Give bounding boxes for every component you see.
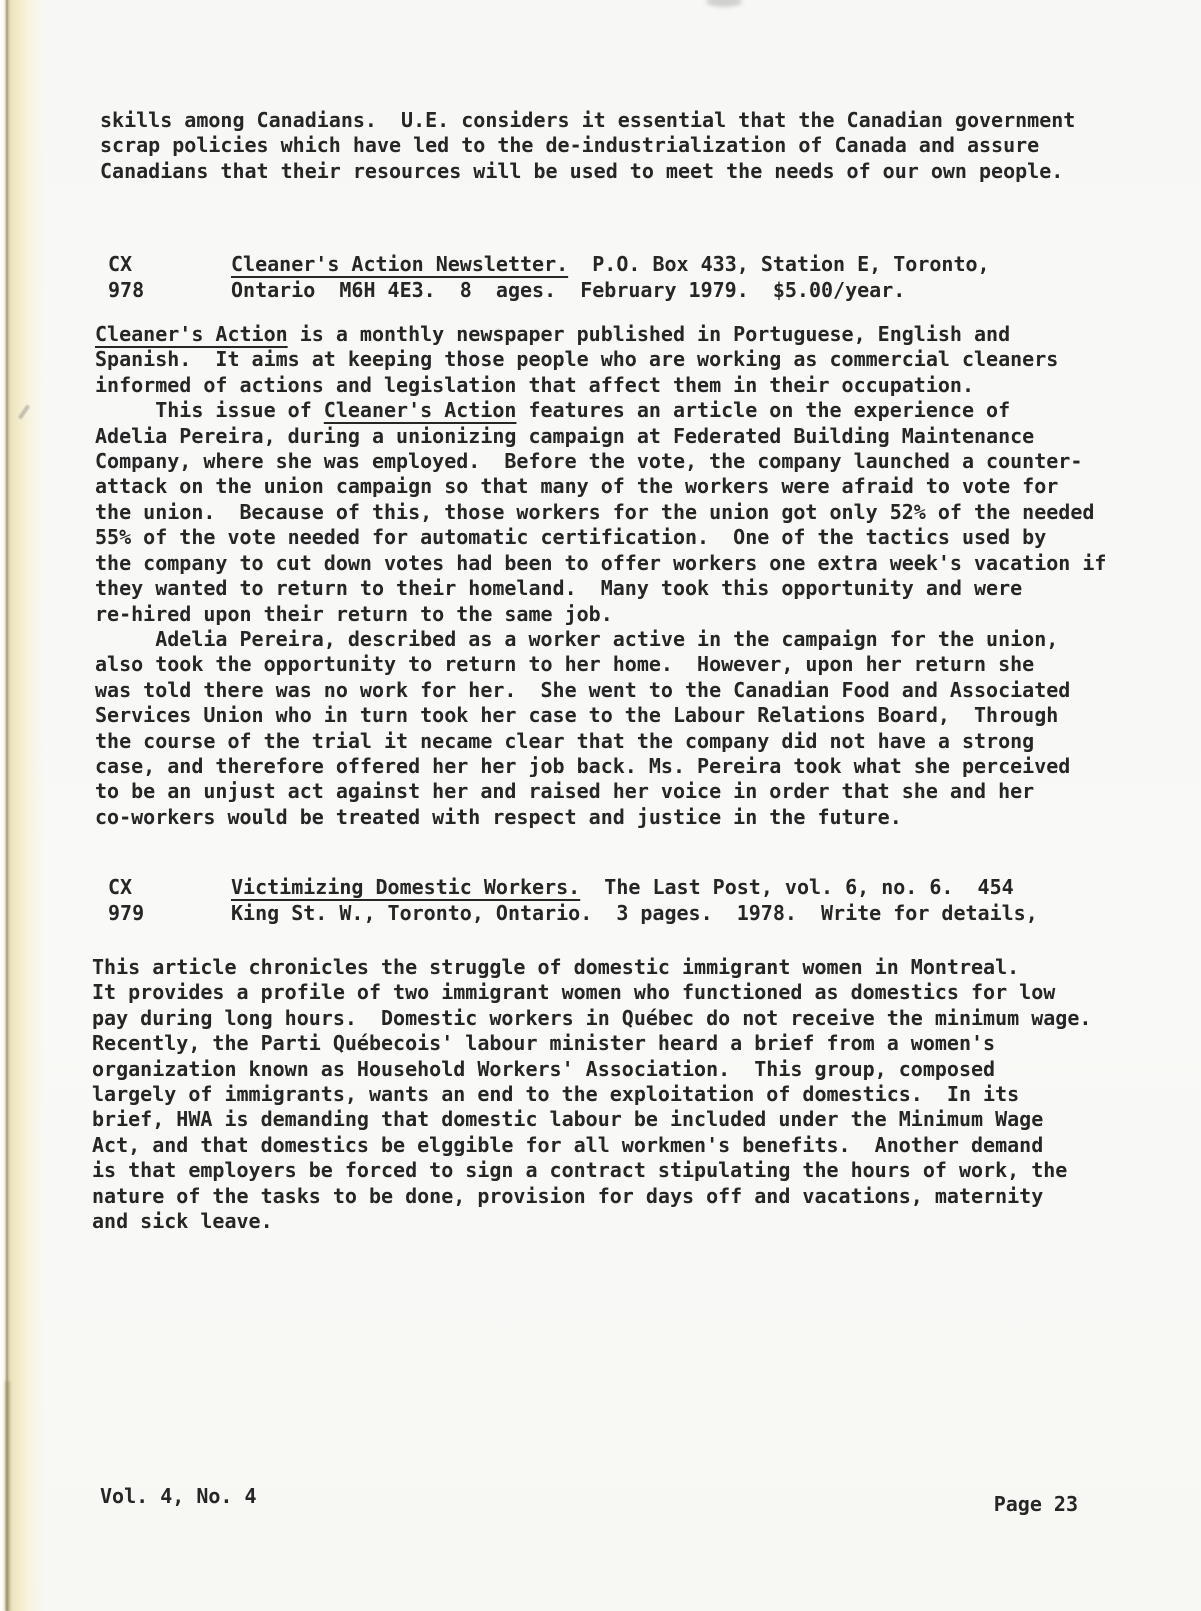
intro-paragraph: skills among Canadians. U.E. considers i… (100, 108, 1140, 184)
text-line: This article chronicles the struggle of … (92, 955, 1140, 980)
text-segment: brief, HWA is demanding that domestic la… (92, 1107, 1043, 1131)
text-line: co-workers would be treated with respect… (95, 805, 1140, 830)
catalog-entry-cx-978: CX978 Cleaner's Action Newsletter. P.O. … (100, 252, 1140, 303)
text-segment: 978 (108, 278, 144, 302)
entry-code-979: CX979 (100, 875, 231, 926)
text-line: Spanish. It aims at keeping those people… (95, 347, 1140, 372)
page-footer: Vol. 4, No. 4 Page 23 (100, 1484, 1078, 1509)
text-segment: pay during long hours. Domestic workers … (92, 1006, 1091, 1030)
text-segment: Recently, the Parti Québecois' labour mi… (92, 1031, 995, 1055)
text-line: Adelia Pereira, during a unionizing camp… (95, 424, 1140, 449)
text-line: This issue of Cleaner's Action features … (95, 398, 1140, 423)
text-line: It provides a profile of two immigrant w… (92, 980, 1140, 1005)
page-content: skills among Canadians. U.E. considers i… (100, 108, 1140, 1510)
entry-heading-978: Cleaner's Action Newsletter. P.O. Box 43… (231, 252, 1140, 303)
text-line: Adelia Pereira, described as a worker ac… (95, 627, 1140, 652)
text-line: CX (108, 252, 231, 277)
text-segment: Act, and that domestics be elggible for … (92, 1133, 1043, 1157)
text-line: to be an unjust act against her and rais… (95, 779, 1140, 804)
text-segment: informed of actions and legislation that… (95, 373, 974, 397)
text-line: brief, HWA is demanding that domestic la… (92, 1107, 1140, 1132)
text-segment: This issue of (95, 398, 324, 422)
text-segment: Adelia Pereira, during a unionizing camp… (95, 424, 1034, 448)
underlined-text: Cleaner's Action Newsletter. (231, 252, 568, 276)
page-number: Page 23 (994, 1492, 1078, 1517)
text-segment: they wanted to return to their homeland.… (95, 576, 1022, 600)
text-segment: Services Union who in turn took her case… (95, 703, 1058, 727)
underlined-text: Cleaner's Action (324, 398, 517, 422)
text-line: the course of the trial it necame clear … (95, 729, 1140, 754)
text-line: 978 (108, 278, 231, 303)
text-line: 979 (108, 901, 231, 926)
text-segment: scrap policies which have led to the de-… (100, 133, 1039, 157)
text-line: Cleaner's Action Newsletter. P.O. Box 43… (231, 252, 1140, 277)
text-line: the union. Because of this, those worker… (95, 500, 1140, 525)
text-line: CX (108, 875, 231, 900)
text-segment: CX (108, 875, 132, 899)
text-line: 55% of the vote needed for automatic cer… (95, 525, 1140, 550)
text-segment: 55% of the vote needed for automatic cer… (95, 525, 1046, 549)
text-line: King St. W., Toronto, Ontario. 3 pages. … (231, 901, 1140, 926)
text-line: they wanted to return to their homeland.… (95, 576, 1140, 601)
text-segment: the union. Because of this, those worker… (95, 500, 1094, 524)
volume-issue-label: Vol. 4, No. 4 (100, 1484, 257, 1509)
text-segment: is that employers be forced to sign a co… (92, 1158, 1067, 1182)
text-segment: organization known as Household Workers'… (92, 1057, 995, 1081)
text-line: also took the opportunity to return to h… (95, 652, 1140, 677)
text-segment: is a monthly newspaper published in Port… (288, 322, 1010, 346)
text-line: largely of immigrants, wants an end to t… (92, 1082, 1140, 1107)
text-segment: the company to cut down votes had been t… (95, 551, 1106, 575)
entry-heading-979: Victimizing Domestic Workers. The Last P… (231, 875, 1140, 926)
text-line: the company to cut down votes had been t… (95, 551, 1140, 576)
text-segment: nature of the tasks to be done, provisio… (92, 1184, 1043, 1208)
text-segment: case, and therefore offered her her job … (95, 754, 1070, 778)
text-segment: This article chronicles the struggle of … (92, 955, 1019, 979)
scan-smudge (706, 0, 742, 7)
text-segment: Company, where she was employed. Before … (95, 449, 1082, 473)
underlined-text: Cleaner's Action (95, 322, 288, 346)
text-segment: 979 (108, 901, 144, 925)
text-segment: Canadians that their resources will be u… (100, 159, 1063, 183)
text-line: Victimizing Domestic Workers. The Last P… (231, 875, 1140, 900)
text-line: Canadians that their resources will be u… (100, 159, 1140, 184)
text-line: attack on the union campaign so that man… (95, 474, 1140, 499)
text-line: is that employers be forced to sign a co… (92, 1158, 1140, 1183)
text-segment: skills among Canadians. U.E. considers i… (100, 108, 1075, 132)
text-segment: The Last Post, vol. 6, no. 6. 454 (580, 875, 1013, 899)
text-segment: CX (108, 252, 132, 276)
text-line: skills among Canadians. U.E. considers i… (100, 108, 1140, 133)
text-line: Cleaner's Action is a monthly newspaper … (95, 322, 1140, 347)
page-edge-line (6, 0, 8, 1611)
text-line: was told there was no work for her. She … (95, 678, 1140, 703)
text-segment: was told there was no work for her. She … (95, 678, 1070, 702)
underlined-text: Victimizing Domestic Workers. (231, 875, 580, 899)
text-segment: to be an unjust act against her and rais… (95, 779, 1034, 803)
text-line: Ontario M6H 4E3. 8 ages. February 1979. … (231, 278, 1140, 303)
text-segment: the course of the trial it necame clear … (95, 729, 1034, 753)
catalog-entry-cx-979: CX979 Victimizing Domestic Workers. The … (100, 875, 1140, 926)
text-segment: and sick leave. (92, 1209, 273, 1233)
text-line: re-hired upon their return to the same j… (95, 602, 1140, 627)
text-segment: Adelia Pereira, described as a worker ac… (95, 627, 1058, 651)
text-line: Services Union who in turn took her case… (95, 703, 1140, 728)
text-line: pay during long hours. Domestic workers … (92, 1006, 1140, 1031)
text-segment: co-workers would be treated with respect… (95, 805, 902, 829)
entry-description-978: Cleaner's Action is a monthly newspaper … (95, 322, 1140, 830)
text-segment: largely of immigrants, wants an end to t… (92, 1082, 1019, 1106)
text-segment: attack on the union campaign so that man… (95, 474, 1058, 498)
text-line: Act, and that domestics be elggible for … (92, 1133, 1140, 1158)
text-segment: features an article on the experience of (516, 398, 1010, 422)
text-line: Recently, the Parti Québecois' labour mi… (92, 1031, 1140, 1056)
text-line: scrap policies which have led to the de-… (100, 133, 1140, 158)
text-segment: re-hired upon their return to the same j… (95, 602, 613, 626)
text-line: Company, where she was employed. Before … (95, 449, 1140, 474)
text-segment: Spanish. It aims at keeping those people… (95, 347, 1058, 371)
text-segment: King St. W., Toronto, Ontario. 3 pages. … (231, 901, 1038, 925)
text-line: organization known as Household Workers'… (92, 1057, 1140, 1082)
text-line: informed of actions and legislation that… (95, 373, 1140, 398)
text-segment: also took the opportunity to return to h… (95, 652, 1034, 676)
text-line: case, and therefore offered her her job … (95, 754, 1140, 779)
text-segment: It provides a profile of two immigrant w… (92, 980, 1055, 1004)
text-segment: Ontario M6H 4E3. 8 ages. February 1979. … (231, 278, 905, 302)
entry-code-978: CX978 (100, 252, 231, 303)
text-segment: P.O. Box 433, Station E, Toronto, (568, 252, 989, 276)
text-line: nature of the tasks to be done, provisio… (92, 1184, 1140, 1209)
entry-description-979: This article chronicles the struggle of … (92, 955, 1140, 1234)
document-page: skills among Canadians. U.E. considers i… (0, 0, 1201, 1611)
text-line: and sick leave. (92, 1209, 1140, 1234)
